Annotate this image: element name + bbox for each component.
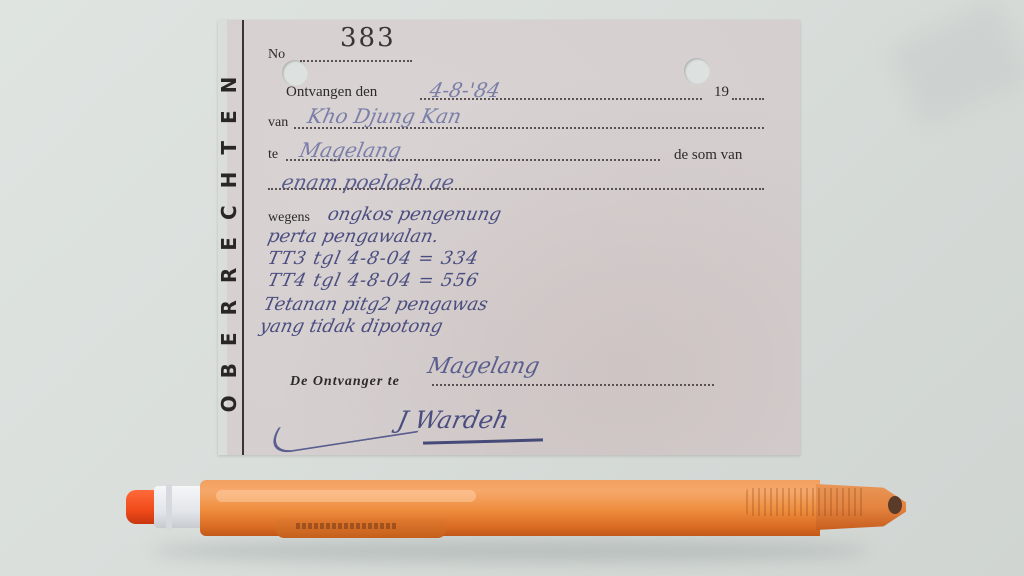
label-no: No xyxy=(268,47,285,63)
handwritten-receiver-place: Magelang xyxy=(425,354,541,379)
signature: J Wardeh xyxy=(395,406,512,434)
handwritten-amount: enam poeloeh ae xyxy=(279,170,456,194)
label-received-on: Ontvangen den xyxy=(286,84,377,101)
receipt-number: 383 xyxy=(340,23,396,53)
punch-hole-left xyxy=(282,60,308,86)
year-dotted-line xyxy=(732,98,764,100)
reason-line-5: Tetanan pitg2 pengawas xyxy=(262,294,490,315)
reason-line-6: yang tidak dipotong xyxy=(258,316,445,337)
pen-clip-print xyxy=(296,523,396,529)
label-the-sum-of: de som van xyxy=(674,147,742,164)
pen-grip xyxy=(746,488,866,516)
pen-shadow xyxy=(150,540,870,562)
pen-point xyxy=(888,496,902,514)
reason-line-1: ongkos pengenung xyxy=(326,204,503,225)
label-for: wegens xyxy=(268,210,310,226)
receipt-document: OBERRECHTEN No 383 Ontvangen den 4-8-'84… xyxy=(218,20,800,455)
punch-hole-right xyxy=(684,58,710,84)
reason-line-4: TT4 tgl 4-8-04 = 556 xyxy=(266,270,481,291)
label-receiver-at: De Ontvanger te xyxy=(290,374,400,390)
signature-underline xyxy=(423,438,543,444)
stub-vertical-text: OBERRECHTEN xyxy=(217,36,239,436)
reason-line-3: TT3 tgl 4-8-04 = 334 xyxy=(266,248,481,269)
pen-collar-ring xyxy=(166,484,172,530)
reason-line-2: perta pengawalan. xyxy=(266,226,441,247)
place-dotted-line xyxy=(286,159,660,161)
from-dotted-line xyxy=(294,127,764,129)
orange-pen xyxy=(126,476,906,538)
pen-collar xyxy=(154,486,204,528)
label-from: van xyxy=(268,115,288,131)
pen-highlight xyxy=(216,490,476,502)
amount-dotted-line xyxy=(268,188,764,190)
label-at: te xyxy=(268,147,278,163)
no-dotted-line xyxy=(300,60,412,62)
background-smudge xyxy=(887,0,1024,131)
label-year-prefix: 19 xyxy=(714,84,729,101)
stub-divider-line xyxy=(242,20,244,455)
date-dotted-line xyxy=(420,98,702,100)
handwritten-from-name: Kho Djung Kan xyxy=(305,104,463,128)
receiver-dotted-line xyxy=(432,384,714,386)
